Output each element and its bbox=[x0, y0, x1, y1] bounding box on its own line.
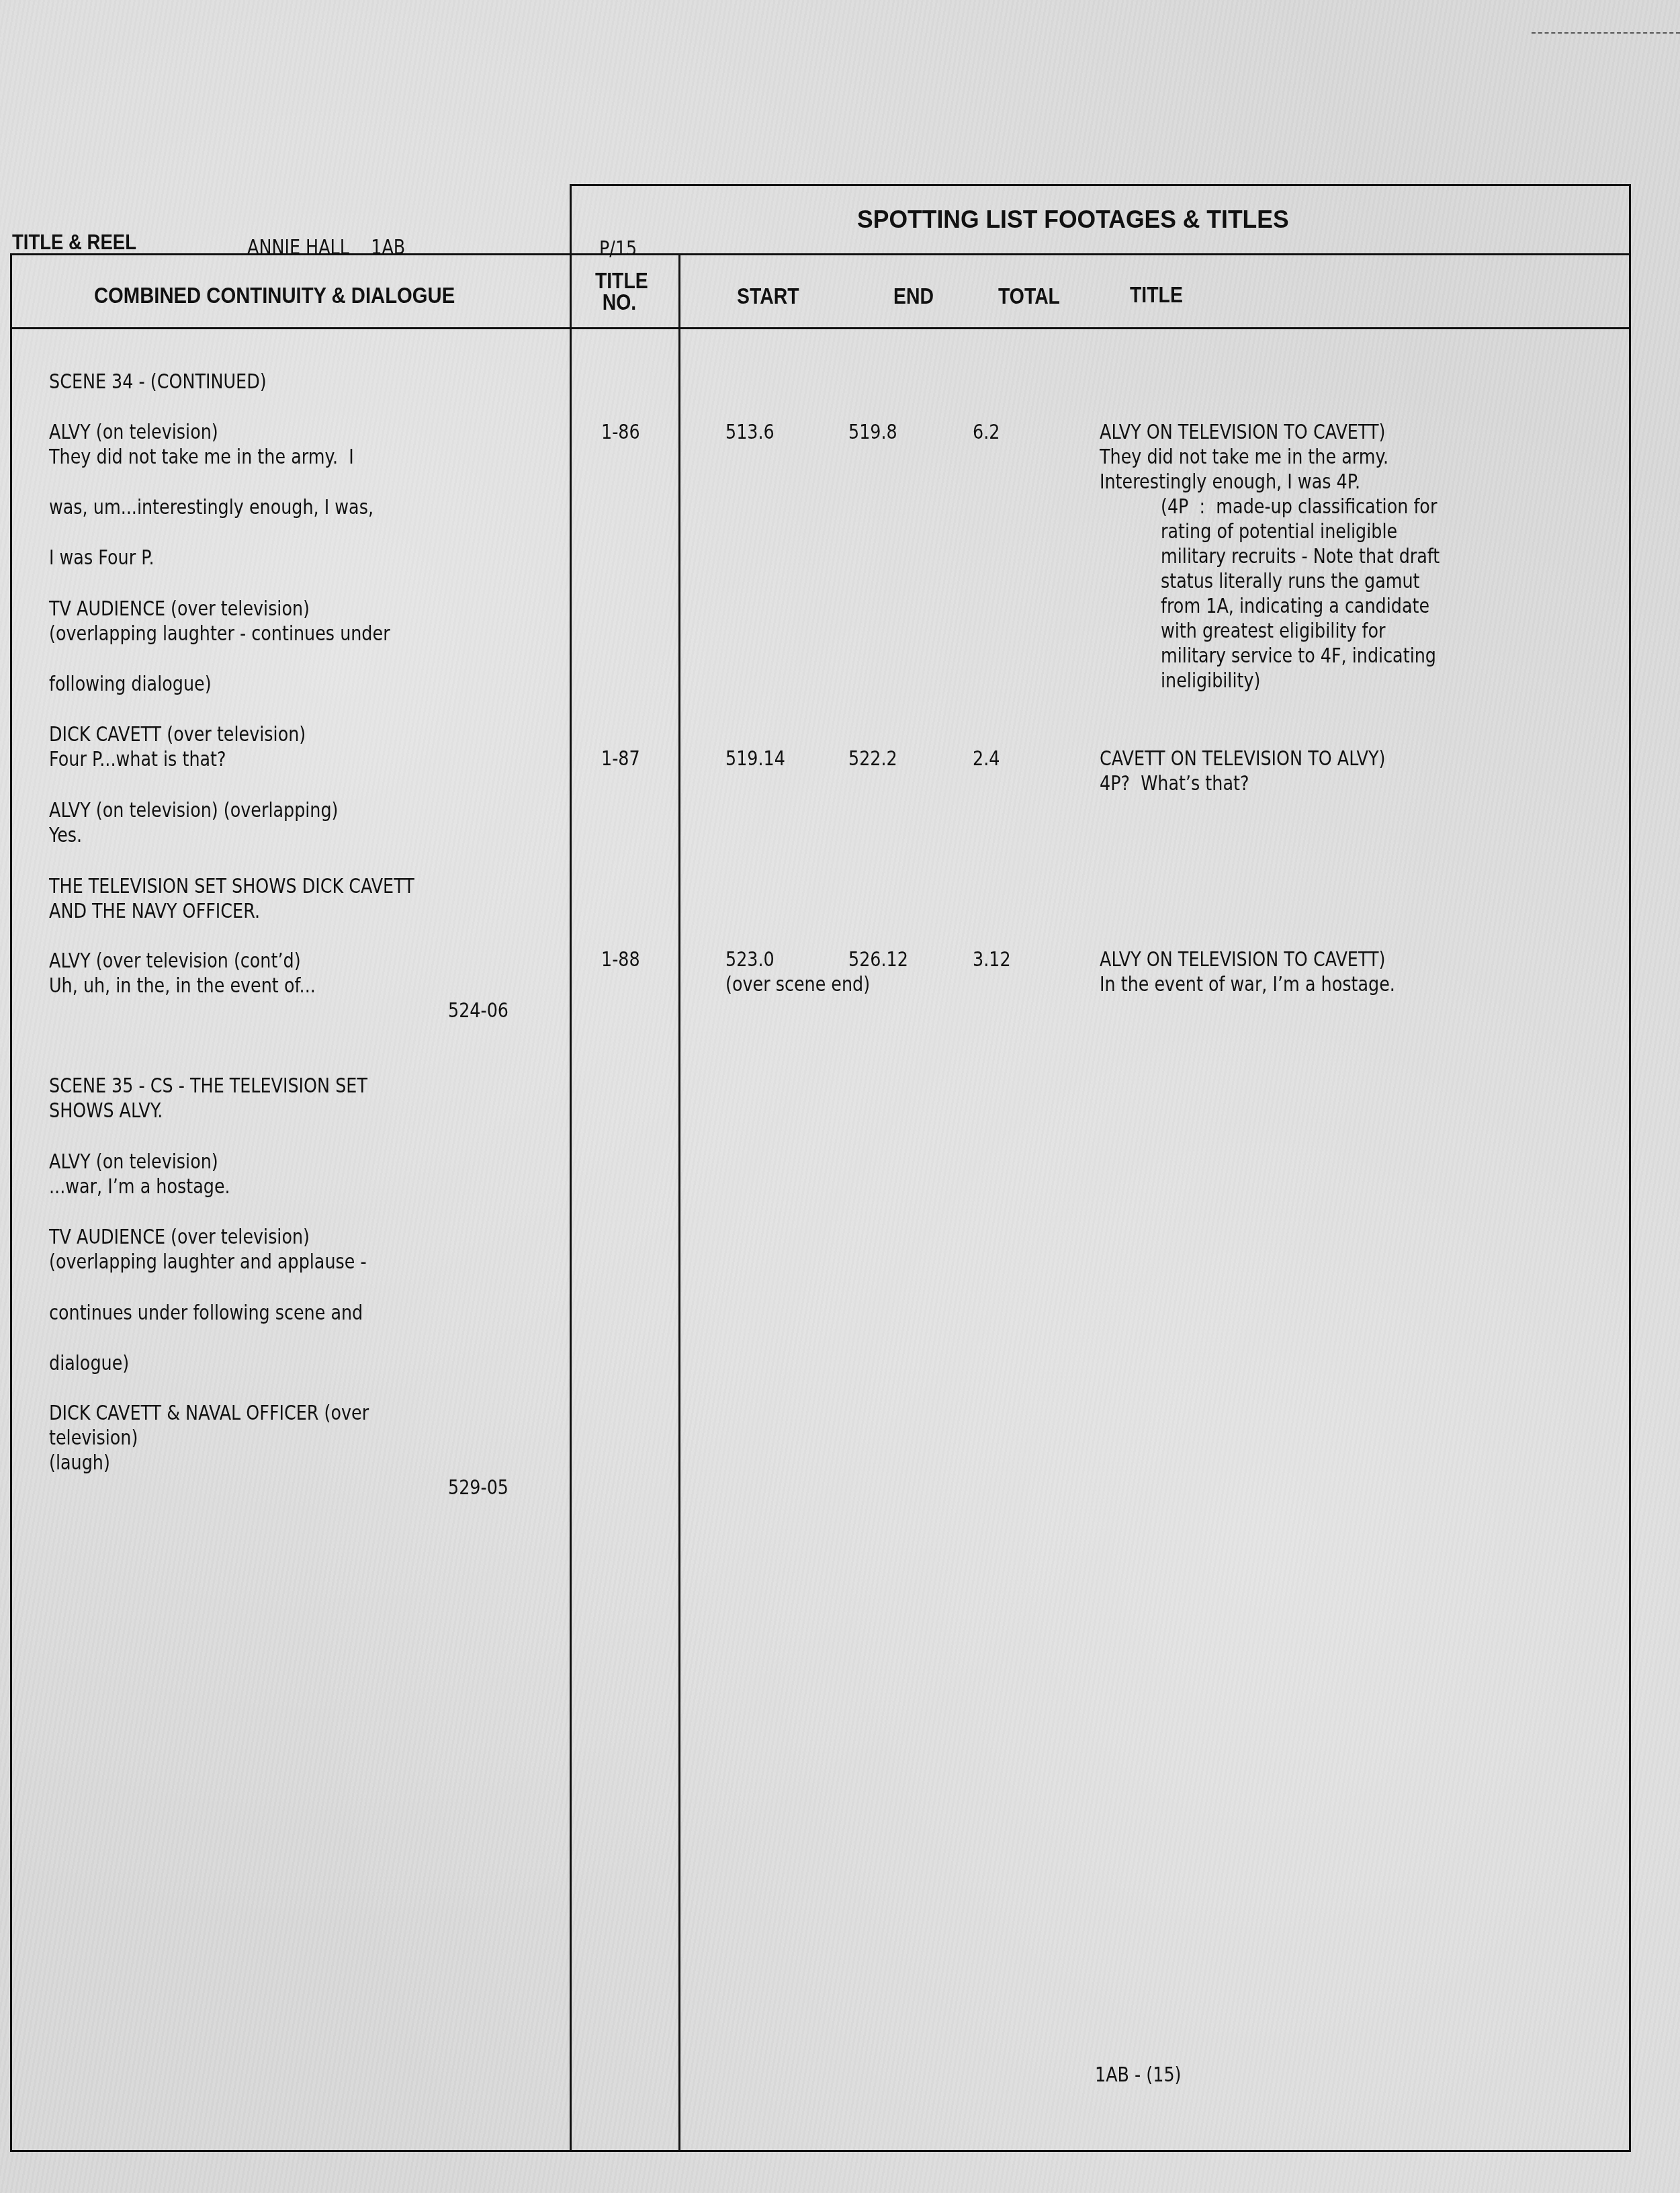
continuity-block: dialogue) bbox=[49, 1351, 129, 1376]
title-number: 1-86 bbox=[601, 420, 640, 445]
page-edge-mark bbox=[1532, 32, 1680, 34]
subtitle-text: ALVY ON TELEVISION TO CAVETT) In the eve… bbox=[1100, 947, 1395, 997]
subtitle-text: CAVETT ON TELEVISION TO ALVY) 4P? What’s… bbox=[1100, 746, 1385, 796]
total-footage: 3.12 bbox=[973, 947, 1011, 972]
continuity-block: ALVY (on television) ...war, I’m a hosta… bbox=[49, 1150, 230, 1199]
continuity-block: I was Four P. bbox=[49, 546, 154, 570]
continuity-scene-34-heading: SCENE 34 - (CONTINUED) bbox=[49, 370, 267, 394]
continuity-scene-35-heading: SCENE 35 - CS - THE TELEVISION SET SHOWS… bbox=[49, 1074, 367, 1123]
continuity-block: THE TELEVISION SET SHOWS DICK CAVETT AND… bbox=[49, 874, 414, 924]
continuity-block: was, um...interestingly enough, I was, bbox=[49, 495, 373, 520]
end-footage: 526.12 bbox=[848, 947, 908, 972]
film-title-reel: ANNIE HALL 1AB bbox=[247, 235, 405, 259]
total-footage: 2.4 bbox=[973, 746, 1000, 771]
column-header-total: TOTAL bbox=[998, 284, 1060, 309]
footage-note: (over scene end) bbox=[725, 972, 870, 997]
subtitle-text: ALVY ON TELEVISION TO CAVETT) They did n… bbox=[1100, 420, 1388, 494]
film-title: ANNIE HALL bbox=[247, 235, 349, 259]
column-header-title: TITLE bbox=[1130, 282, 1183, 308]
title-number: 1-87 bbox=[601, 746, 640, 771]
form-right-border bbox=[1629, 184, 1631, 2152]
page-reference-footer: 1AB - (15) bbox=[1095, 2063, 1182, 2087]
column-header-end: END bbox=[893, 284, 934, 309]
title-no-column-divider bbox=[678, 253, 680, 2152]
continuity-block: DICK CAVETT & NAVAL OFFICER (over televi… bbox=[49, 1401, 369, 1475]
continuity-block: ALVY (on television) They did not take m… bbox=[49, 420, 354, 470]
start-footage: 513.6 bbox=[725, 420, 775, 445]
page-code: P/15 bbox=[599, 236, 637, 261]
column-header-title-no: TITLE NO. bbox=[595, 270, 644, 313]
continuity-block: ALVY (over television (cont’d) Uh, uh, i… bbox=[49, 949, 316, 998]
continuity-block: ALVY (on television) (overlapping) Yes. bbox=[49, 798, 339, 848]
continuity-block: DICK CAVETT (over television) Four P...w… bbox=[49, 722, 306, 772]
reel-code: 1AB bbox=[371, 235, 405, 259]
start-footage: 519.14 bbox=[725, 746, 785, 771]
continuity-block: continues under following scene and bbox=[49, 1301, 363, 1326]
start-footage: 523.0 bbox=[725, 947, 775, 972]
column-header-start: START bbox=[737, 284, 799, 309]
spotting-box-top-border bbox=[570, 184, 1631, 186]
continuity-block: TV AUDIENCE (over television) (overlappi… bbox=[49, 1225, 367, 1275]
title-reel-label: TITLE & REEL bbox=[12, 230, 136, 255]
title-no-line1: TITLE bbox=[595, 270, 644, 292]
spotting-box-left-border bbox=[570, 184, 572, 2152]
column-header-divider bbox=[10, 327, 1631, 329]
total-footage: 6.2 bbox=[973, 420, 1000, 445]
end-footage: 519.8 bbox=[848, 420, 897, 445]
title-no-line2: NO. bbox=[595, 292, 644, 313]
continuity-block: following dialogue) bbox=[49, 672, 212, 697]
spotting-list-heading: SPOTTING LIST FOOTAGES & TITLES bbox=[857, 206, 1289, 234]
continuity-block: TV AUDIENCE (over television) (overlappi… bbox=[49, 597, 390, 646]
translator-note: (4P : made-up classification for rating … bbox=[1161, 494, 1440, 693]
column-header-continuity: COMBINED CONTINUITY & DIALOGUE bbox=[94, 283, 455, 309]
title-number: 1-88 bbox=[601, 947, 640, 972]
footage-marker: 529-05 bbox=[448, 1475, 509, 1500]
form-bottom-border bbox=[10, 2150, 1631, 2152]
footage-marker: 524-06 bbox=[448, 998, 509, 1023]
end-footage: 522.2 bbox=[848, 746, 897, 771]
form-left-border bbox=[10, 253, 12, 2152]
